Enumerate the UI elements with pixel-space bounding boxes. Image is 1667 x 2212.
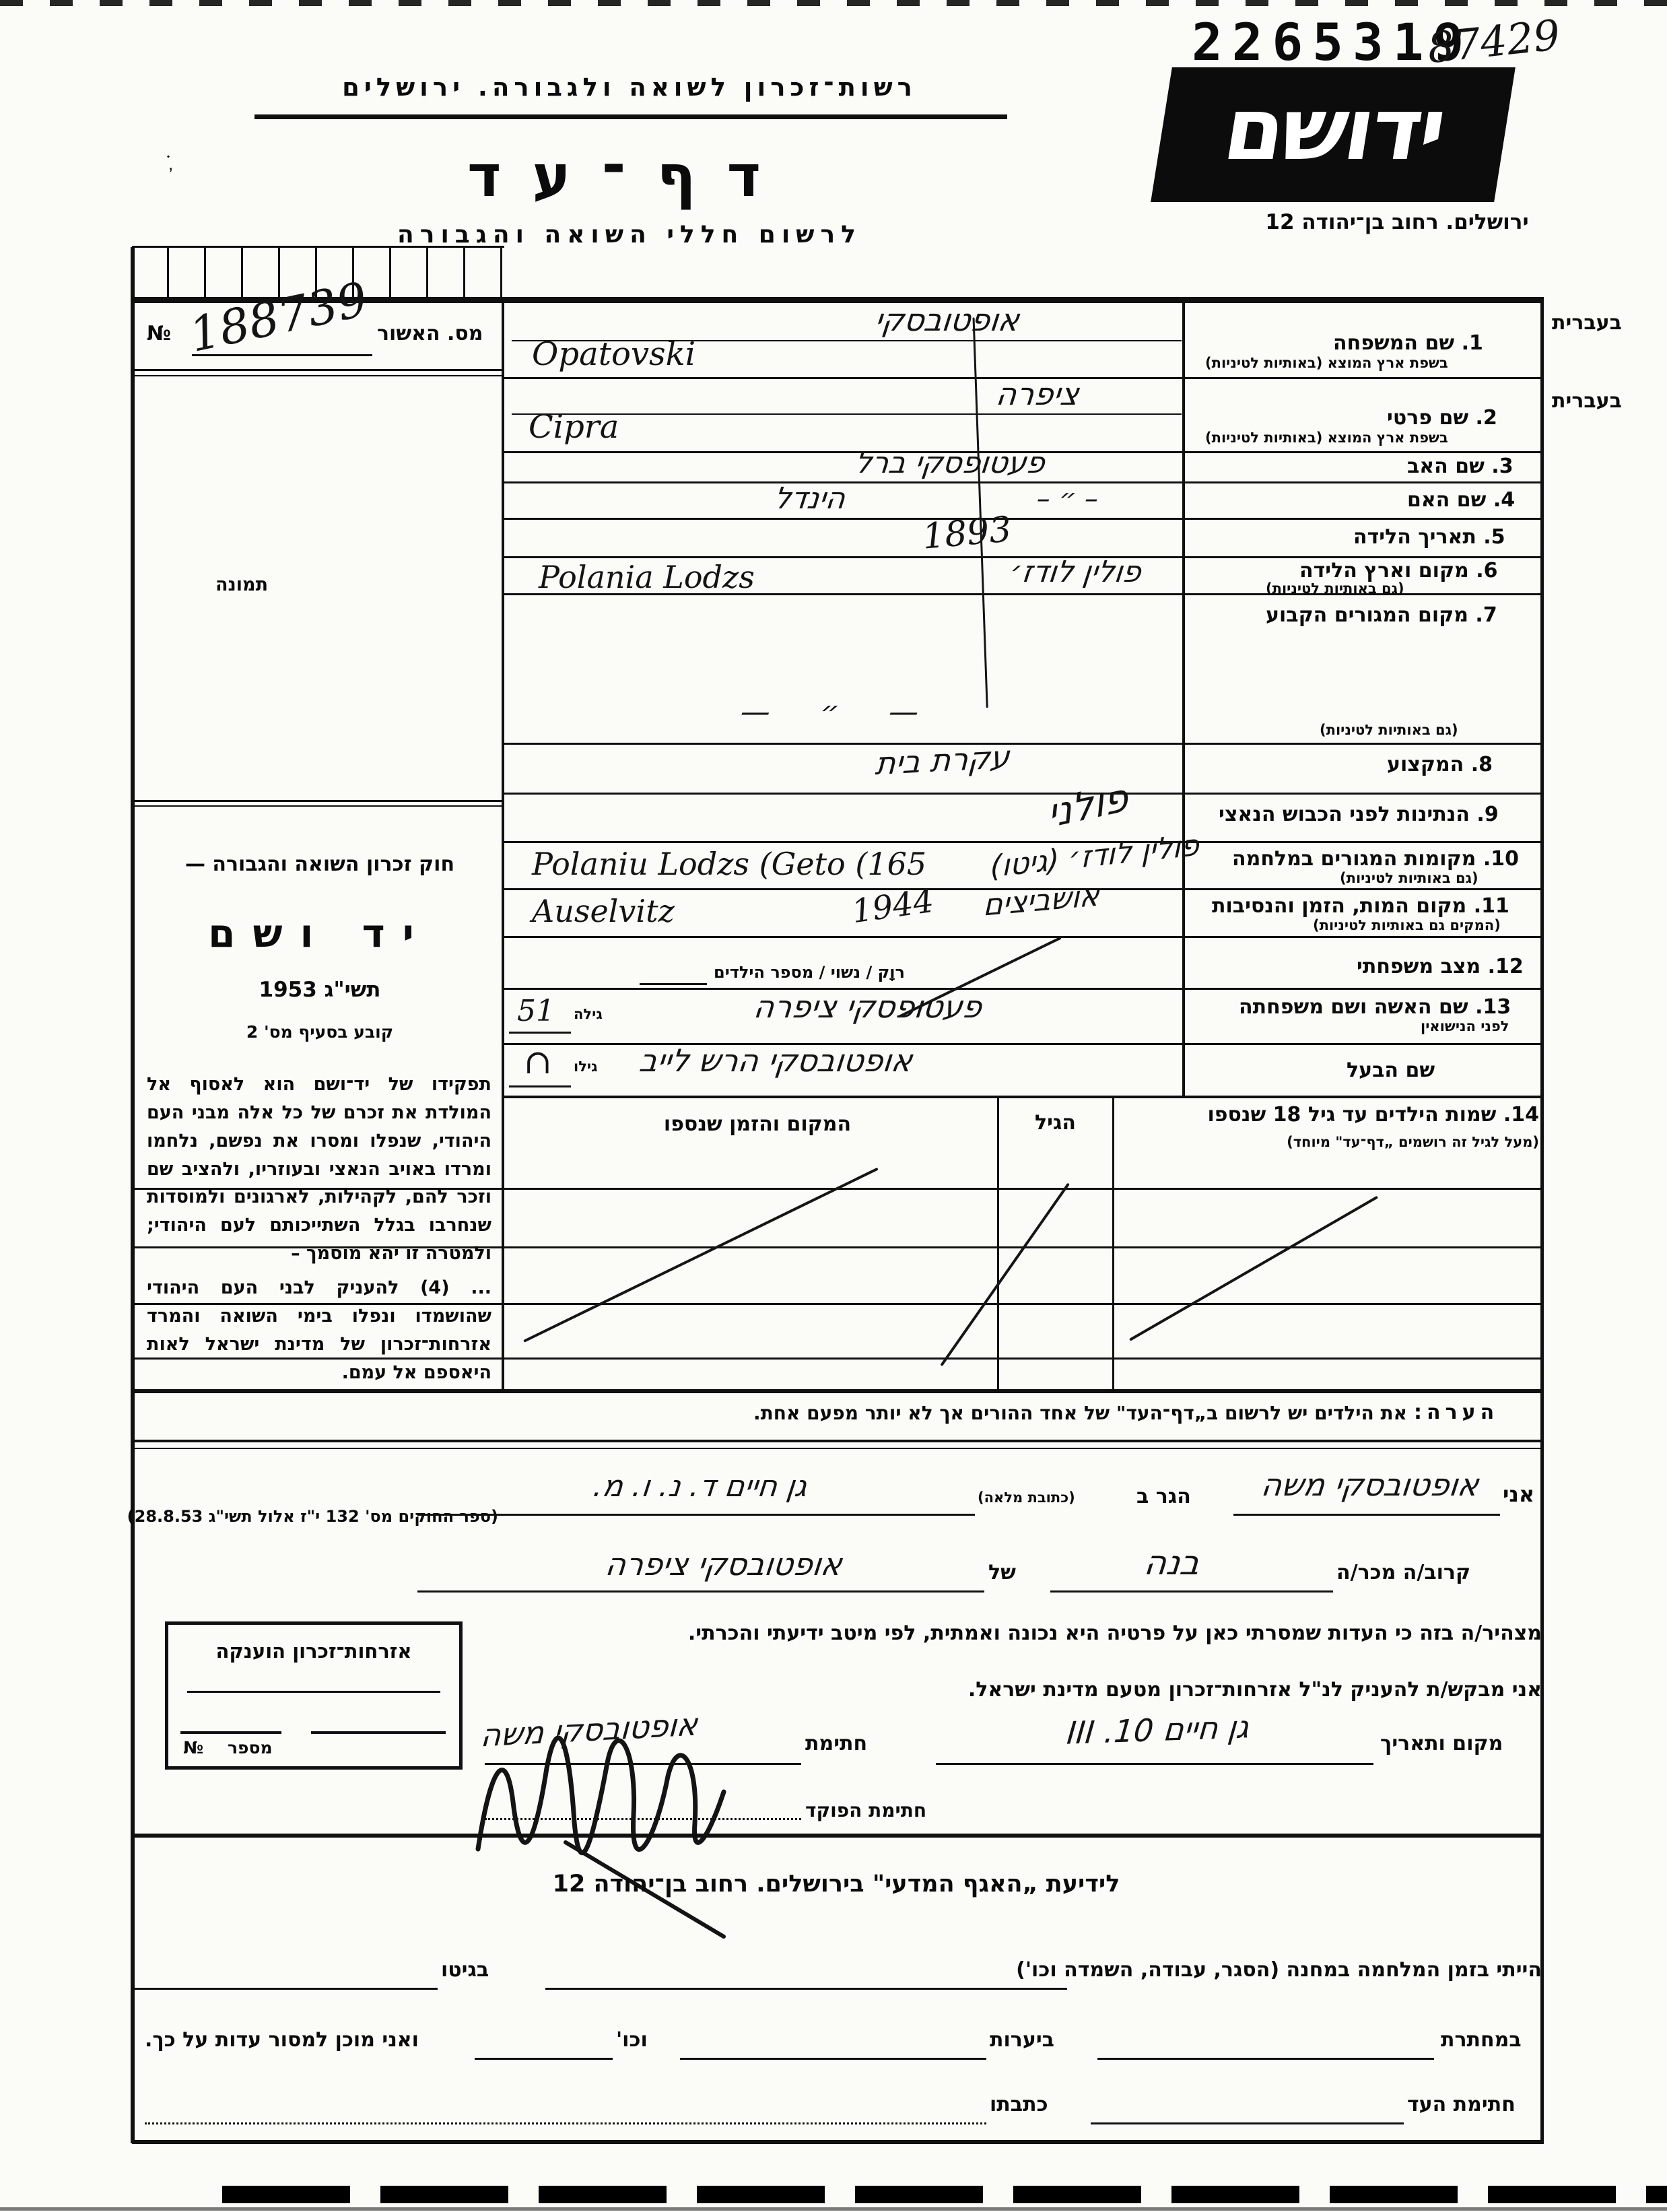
field6-label: 6. מקום וארץ הלידה	[1299, 559, 1497, 582]
citizenship-box-number-label: מספר	[228, 1738, 273, 1757]
note-text: את הילדים יש לרשום ב„דף־העד" של אחד ההור…	[202, 1402, 1407, 1424]
wife-age-handwritten: 51	[517, 994, 555, 1028]
field6-sublabel: (גם באותיות לטיניות)	[1266, 580, 1404, 597]
children-col-age-header: הגיל	[1003, 1111, 1108, 1135]
hebrew-strip-field1: בעברית	[1552, 311, 1622, 335]
relation-rule	[1050, 1590, 1333, 1593]
underground-answer-rule	[1097, 2058, 1434, 2060]
serial-box-bottom1	[132, 369, 504, 371]
birthplace-hebrew-handwritten: פולין לודז׳	[1008, 555, 1143, 589]
declarant-name-handwritten: אופטובסקי משה	[1233, 1467, 1507, 1503]
law-clause: קובע בסעיף מס' 2	[145, 1022, 495, 1042]
serial-label: מס. האשור	[377, 322, 483, 345]
forests-answer-rule	[680, 2058, 986, 2060]
rule-f8	[503, 793, 1540, 795]
field7-label: 7. מקום המגורים הקבוע	[1266, 603, 1497, 627]
witness-address-rule	[145, 2104, 986, 2124]
husband-age-rule	[509, 1085, 571, 1087]
form-border-left	[131, 247, 135, 2143]
form-border-right	[1540, 297, 1544, 2143]
children-crossout-stroke3	[1129, 1196, 1378, 1341]
citizenship-granted-box: אזרחות־זכרון הוענקה מספר №	[165, 1621, 463, 1770]
divider-label-column	[1182, 297, 1185, 1096]
form-border-bottom	[132, 2140, 1544, 2144]
birthplace-latin-handwritten: Polania Lodzs	[539, 559, 755, 595]
profession-handwritten: עקרת בית	[874, 739, 1011, 782]
declarant-address-rule	[417, 1514, 975, 1516]
citizenship-request-statement: אני מבקש/ת להעניק לנ"ל אזרחות־זכרון מטעם…	[741, 1678, 1542, 1702]
rule-f9	[503, 841, 1540, 843]
field14-sublabel: (מעל לגיל זה רושמים „דף־עד" מיוחד)	[1120, 1134, 1539, 1150]
mother-name-handwritten: הינדל	[772, 481, 847, 516]
header-divider	[254, 114, 1007, 119]
field12-label: 12. מצב משפחתי	[1357, 955, 1524, 978]
field10-label: 10. מקומות המגורים במלחמה	[1232, 847, 1519, 871]
law-year: תשי"ג 1953	[145, 978, 495, 1002]
deceased-name-handwritten: אופטובסקי ציפרה	[469, 1546, 979, 1582]
of-label: של	[988, 1561, 1016, 1584]
rule-f4	[503, 518, 1540, 520]
law-box-top-line2	[135, 805, 502, 807]
note-row-bottom-line2	[132, 1448, 1540, 1449]
camp-question-label: הייתי בזמן המלחמה במחנה (הסגר, עבודה, הש…	[1070, 1958, 1542, 1982]
death-place-hebrew-handwritten: אושביצים	[982, 878, 1099, 923]
residence-ditto-marks: — ״ —	[739, 695, 941, 729]
children-table-vline2	[1112, 1098, 1114, 1389]
place-date-handwritten: גן חיים 10. III	[941, 1704, 1375, 1756]
field2-label: 2. שם פרטי	[1387, 406, 1497, 430]
rule-husband	[503, 1096, 1540, 1098]
wife-age-label: גילה	[574, 1006, 603, 1022]
camp-answer-rule	[545, 1988, 1067, 1990]
footer-divider	[132, 1834, 1540, 1838]
declarant-address-handwritten: גן חיים ד. נ. ו. מ.	[429, 1469, 972, 1504]
birth-year-handwritten: 1893	[921, 509, 1013, 557]
underground-label: במחתרת	[1441, 2028, 1522, 2052]
scan-artifact-top-edge	[0, 0, 1667, 6]
serial-no-symbol: №	[147, 322, 171, 345]
signature-label: חתימת	[805, 1732, 867, 1755]
official-signature-scribble	[465, 1721, 801, 1943]
citizenship-handwritten: פולני	[1046, 774, 1130, 836]
field4-label: 4. שם האם	[1407, 488, 1515, 512]
field2-sublabel: בשפת ארץ המוצא (באותיות לטיניות)	[1205, 430, 1448, 446]
husband-label: שם הבעל	[1347, 1059, 1435, 1082]
place-date-rule	[936, 1763, 1373, 1765]
field11-label: 11. מקום המות, הזמן והנסיבות	[1212, 894, 1509, 918]
field9-label: 9. הנתינות לפני הכבוש הנאצי	[1219, 803, 1499, 826]
husband-age-mark: ∩	[524, 1042, 552, 1081]
children-table-vline1	[997, 1098, 999, 1389]
divider-left-column	[502, 297, 504, 1389]
rule-f3	[503, 481, 1540, 483]
citizenship-box-rule1	[187, 1691, 440, 1693]
field7-sublabel: (גם באותיות לטיניות)	[1320, 722, 1458, 738]
citizenship-box-rule2a	[180, 1731, 281, 1734]
marital-rule	[640, 983, 707, 985]
etc-label: וכו'	[616, 2028, 648, 2052]
marital-status-options: רוָק / נשוי / מספר הילדים	[714, 963, 905, 982]
relation-handwritten: בנה	[1142, 1543, 1202, 1582]
children-crossout-stroke1	[523, 1168, 879, 1343]
husband-name-handwritten: אופטובסקי הרש לייב	[638, 1042, 1174, 1079]
declaration-statement: מצהיר/ה בזה כי העדות שמסרתי כאן על פרטיה…	[471, 1621, 1542, 1645]
law-paragraph2: ... (4) להעניק לבני העם היהודי שהושמדו ו…	[147, 1274, 491, 1386]
surname-latin-handwritten: Opatovski	[532, 335, 695, 373]
law-intro: חוק זכרון השואה והגבורה —	[145, 852, 495, 876]
field11-sublabel: (המקים גם באותיות לטיניות)	[1313, 917, 1501, 933]
form-title: דף־עד	[249, 143, 1010, 210]
ready-to-testify-label: ואני מוכן למסור עדות על כך.	[145, 2028, 419, 2052]
deceased-name-rule	[417, 1590, 984, 1593]
address-note-label: (כתובת מלאה)	[978, 1489, 1075, 1506]
hebrew-strip-field2: בעברית	[1552, 389, 1622, 413]
field14-label: 14. שמות הילדים עד גיל 18 שנספו	[1120, 1103, 1539, 1127]
org-address: ירושלים. רחוב בן־יהודה 12	[1148, 210, 1646, 234]
field1-label: 1. שם המשפחה	[1333, 331, 1483, 355]
law-reference: (ספר החוקים מס' 132 י"ז אלול תשי"ג 28.8.…	[135, 1507, 498, 1526]
citizenship-box-no-symbol: №	[183, 1738, 203, 1757]
serial-box-bottom2	[132, 375, 504, 376]
yad-vashem-logo-text: ידושם	[1154, 79, 1513, 180]
note-row-top-line	[132, 1389, 1540, 1393]
note-row-bottom-line1	[132, 1440, 1540, 1442]
mother-ditto-marks: – ״ –	[1035, 483, 1100, 514]
declarant-name-rule	[1233, 1514, 1500, 1516]
firstname-hebrew-handwritten: ציפרה	[994, 376, 1181, 412]
citizenship-box-title: אזרחות־זכרון הוענקה	[168, 1640, 459, 1663]
photo-label: תמונה	[215, 574, 268, 595]
citizenship-box-rule2b	[311, 1731, 446, 1734]
field10-sublabel: (גם באותיות לטיניות)	[1340, 870, 1478, 886]
scan-artifact-bottom-bar	[222, 2186, 1667, 2203]
surname-hebrew-handwritten: אופטובסקי	[873, 302, 1181, 338]
war-residence-hebrew-handwritten: פולין לודז׳ (גיטו)	[990, 828, 1199, 885]
children-crossout-stroke2	[940, 1183, 1070, 1367]
firstname-latin-handwritten: Cipra	[529, 408, 619, 446]
law-title: יד ושם	[145, 910, 495, 956]
field13-sublabel: לפני הנישואין	[1421, 1018, 1509, 1034]
wife-age-rule	[509, 1032, 571, 1034]
official-signature-label: חתימת הפוקד	[805, 1799, 926, 1821]
place-date-label: מקום ותאריך	[1380, 1732, 1503, 1755]
law-paragraph1: תפקידו של יד־ושם הוא לאסוף אל המולדת את …	[147, 1071, 491, 1268]
ghetto-label: בגיטו	[441, 1958, 489, 1982]
ghetto-answer-rule	[135, 1988, 438, 1990]
scan-artifact-bottom-line	[0, 2207, 1667, 2211]
father-name-handwritten: פעטופסקי ברל	[853, 446, 1180, 480]
death-place-latin-handwritten: Auselvitz	[532, 893, 675, 929]
witness-signature-label: חתימת העד	[1407, 2093, 1516, 2116]
etc-answer-rule	[475, 2058, 613, 2060]
relative-label: קרוב/ה מכר/ה	[1336, 1561, 1470, 1584]
husband-age-label: גילו	[574, 1059, 597, 1075]
yad-vashem-logo: ידושם	[1151, 67, 1516, 202]
note-label: הערה:	[1414, 1401, 1499, 1424]
field5-label: 5. תאריך הלידה	[1353, 525, 1505, 549]
forests-label: ביערות	[990, 2028, 1054, 2052]
declarant-i-label: אני	[1503, 1481, 1534, 1507]
rule-f11	[503, 936, 1540, 938]
wife-name-handwritten: פעטופסקי ציפרה	[752, 988, 1174, 1025]
children-col-place-header: המקום והזמן שנספו	[572, 1112, 943, 1136]
scan-mark: ,֗	[168, 154, 173, 174]
witness-signature-rule	[1091, 2122, 1404, 2124]
field3-label: 3. שם האב	[1407, 455, 1513, 478]
resides-label: הגר ב	[1136, 1485, 1191, 1508]
war-residence-latin-handwritten: Polaniu Lodzs (Geto (165	[532, 846, 926, 882]
scientific-dept-notice: לידיעת „האגף המדעי" בירושלים. רחוב בן־יה…	[132, 1871, 1540, 1898]
form-subtitle: לרשום חללי השואה והגבורה	[249, 221, 1010, 248]
field8-label: 8. המקצוע	[1387, 753, 1493, 776]
rule-f7	[503, 743, 1540, 745]
witness-address-label: כתבתו	[990, 2093, 1048, 2116]
law-box-top-line1	[135, 800, 502, 802]
org-name: רשות־זכרון לשואה ולגבורה. ירושלים	[249, 73, 1010, 102]
field1-sublabel: בשפת ארץ המוצא (באותיות לטיניות)	[1205, 355, 1448, 371]
page-of-testimony-scan: 2265319 87429 רשות־זכרון לשואה ולגבורה. …	[0, 0, 1667, 2212]
field13-label: 13. שם האשה ושם משפחתה	[1239, 995, 1511, 1019]
